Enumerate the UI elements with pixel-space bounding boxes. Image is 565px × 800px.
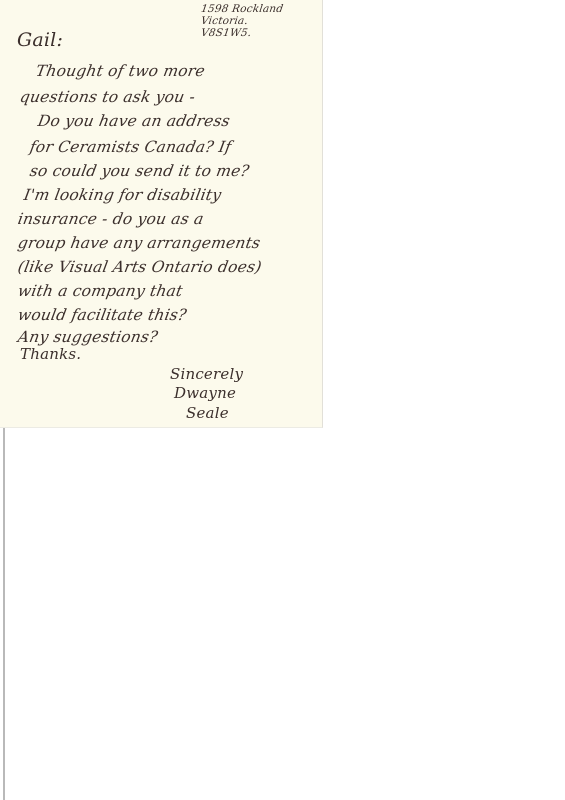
signature-first-name: Dwayne <box>174 384 236 402</box>
body-line: for Ceramists Canada? If <box>28 138 232 156</box>
body-line: would facilitate this? <box>16 306 188 324</box>
address-line: Victoria. <box>200 15 284 27</box>
thanks: Thanks. <box>20 345 81 363</box>
address-line: 1598 Rockland <box>200 3 284 15</box>
letter-page: 1598 Rockland Victoria. V8S1W5. Gail: Th… <box>0 0 323 428</box>
signature-last-name: Seale <box>186 404 229 422</box>
salutation: Gail: <box>17 29 63 51</box>
body-line: Thought of two more <box>34 62 206 80</box>
body-line: I'm looking for disability <box>22 186 222 204</box>
return-address: 1598 Rockland Victoria. V8S1W5. <box>201 3 283 39</box>
body-line: insurance - do you as a <box>16 210 205 228</box>
body-line: with a company that <box>16 282 184 300</box>
body-line: Do you have an address <box>36 112 231 130</box>
body-line: questions to ask you - <box>18 88 196 106</box>
address-line: V8S1W5. <box>200 27 284 39</box>
body-line: (like Visual Arts Ontario does) <box>16 258 263 276</box>
scan-edge-line <box>3 428 5 800</box>
body-line: group have any arrangements <box>16 234 261 252</box>
closing: Sincerely <box>170 365 243 383</box>
body-line: Any suggestions? <box>16 328 159 346</box>
body-line: so could you send it to me? <box>28 162 250 180</box>
